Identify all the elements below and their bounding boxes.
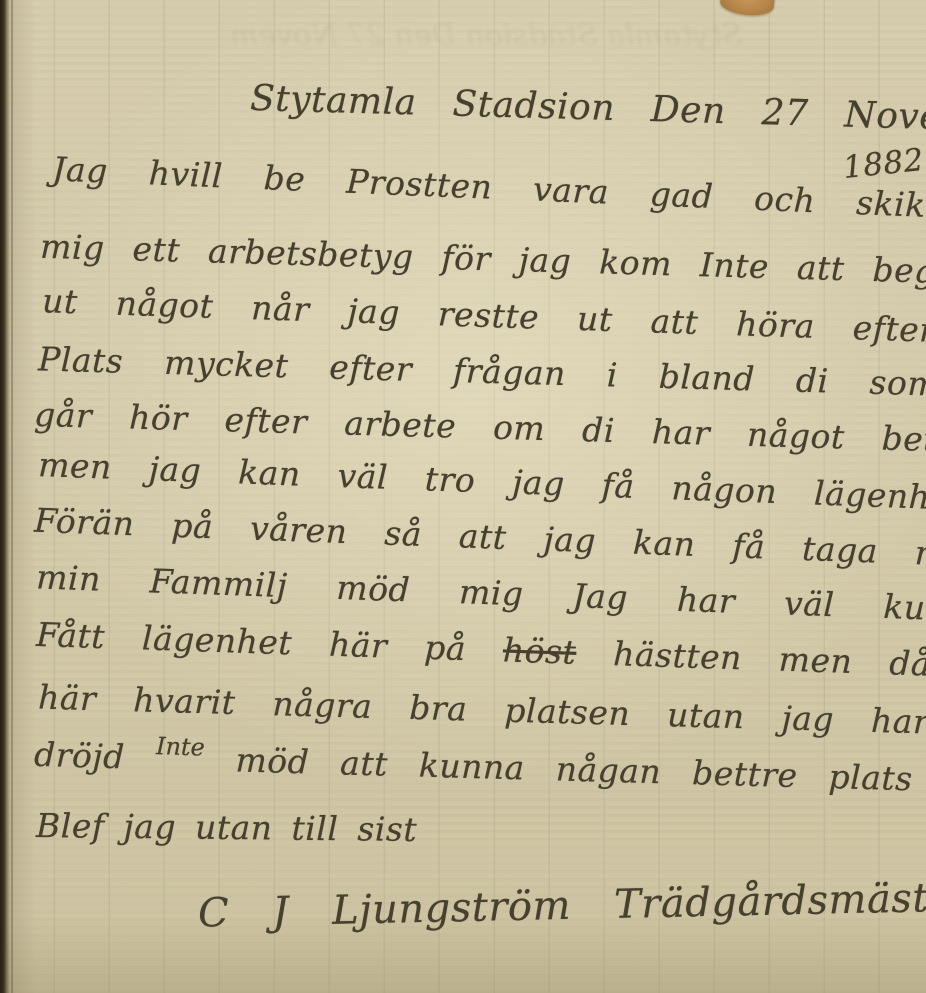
handwritten-line-9: Fått lägenhet här på höst hästten men då… (36, 615, 926, 684)
handwritten-line-3: ut något når jag restte ut att höra efte… (42, 281, 926, 350)
handwritten-line-2: mig ett arbetsbetyg för jag kom Inte att… (40, 227, 926, 293)
handwritten-line-1: Jag hvill be Prostten vara gad och skika (52, 149, 926, 225)
handwritten-line-11: dröjd Inte möd att kunna någan bettre pl… (34, 735, 926, 800)
heading-place-date: Stytamla Stadsion Den 27 Novem (250, 78, 926, 139)
line-11-post: möd att kunna någan bettre plats så (204, 740, 926, 801)
line-9-post: hästten men dåt (576, 633, 926, 684)
handwritten-line-12: Blef jag utan till sist (36, 806, 417, 849)
margin-rule-line (11, 0, 13, 993)
torn-paper-fragment (719, 0, 775, 18)
line-11-pre: dröjd (34, 735, 157, 777)
heading-year: 1882 (841, 142, 925, 186)
signature-line: C J Ljungström Trädgårdsmästaren (198, 873, 926, 936)
handwritten-line-4: Plats mycket efter frågan i bland di som (38, 339, 926, 403)
book-binding-edge (0, 0, 10, 993)
struck-word: höst (502, 630, 577, 671)
line-9-pre: Fått lägenhet här på (36, 615, 504, 669)
inserted-word: Inte (156, 732, 206, 761)
manuscript-page-scan: Stytamla Stadsion Den 27 Novem Stytamla … (0, 0, 926, 993)
bleed-through-ghost: Stytamla Stadsion Den 27 Novem (230, 18, 742, 53)
